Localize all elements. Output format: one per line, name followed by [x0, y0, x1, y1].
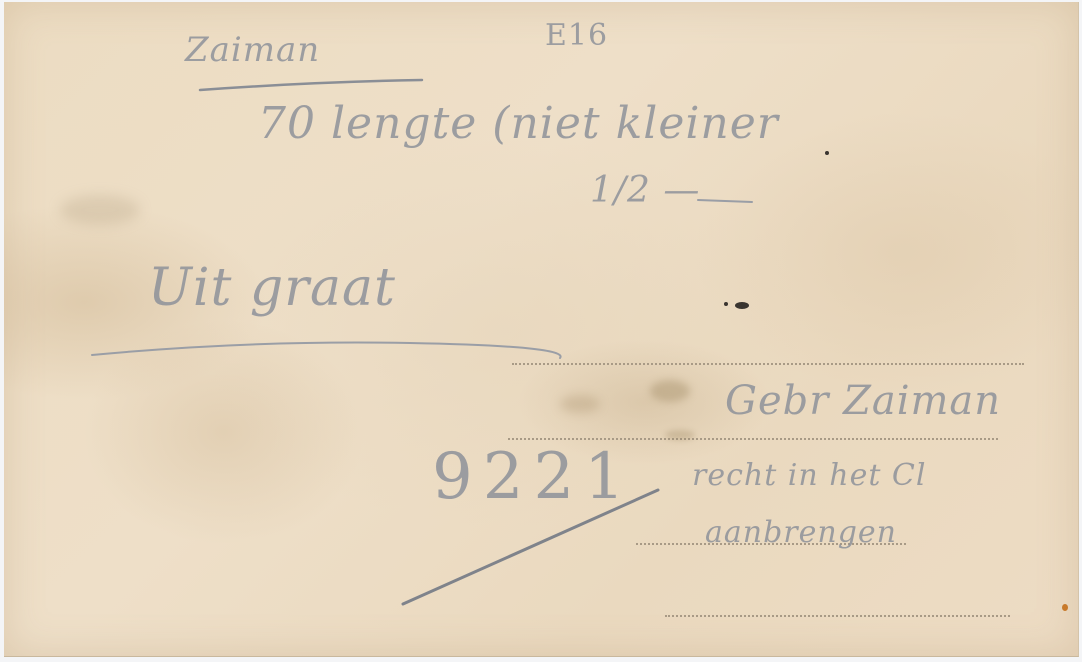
diagonal-slash: [403, 490, 658, 604]
pencil-strokes: [0, 0, 1082, 662]
dash-mark: [698, 200, 752, 202]
underline-secondary: [92, 343, 561, 359]
underline-name: [200, 80, 422, 90]
